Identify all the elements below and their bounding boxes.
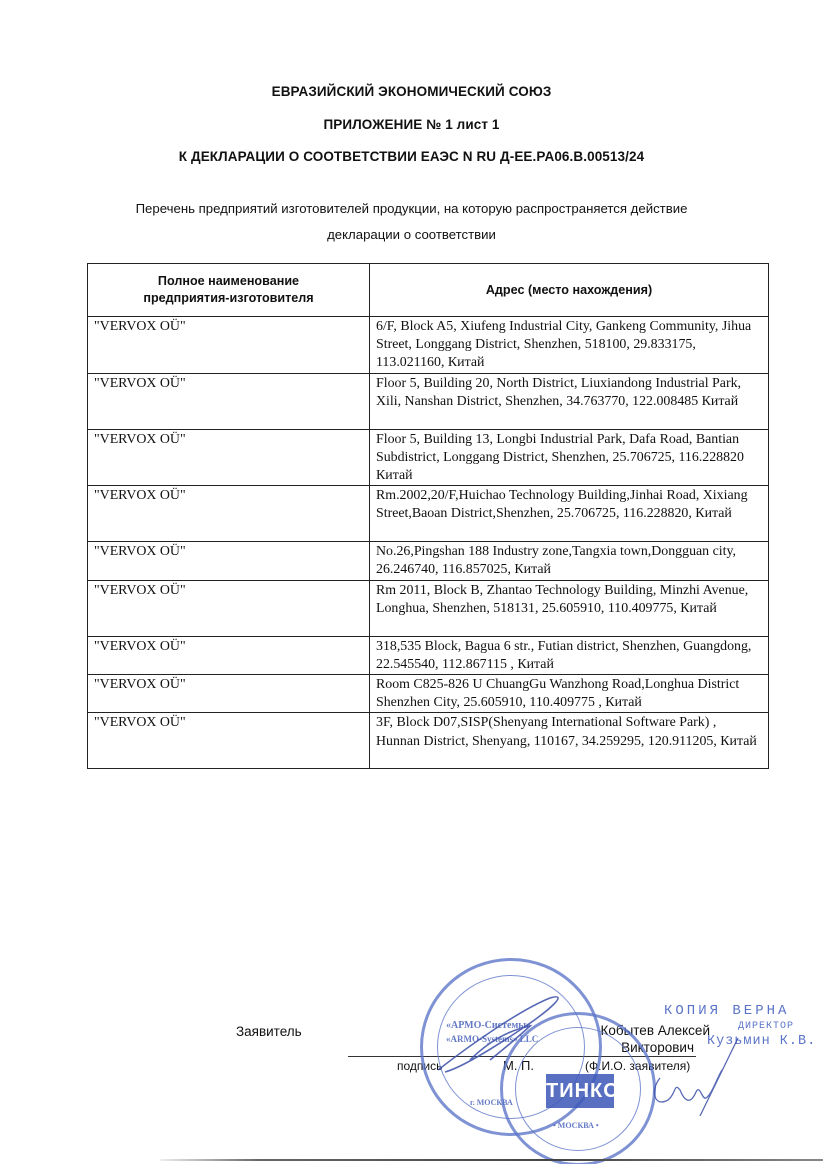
table-row: "VERVOX OÜ" 318,535 Block, Bagua 6 str.,… (88, 636, 769, 674)
table-header-row: Полное наименование предприятия-изготови… (88, 264, 769, 317)
manufacturer-address: Rm 2011, Block B, Zhantao Technology Bui… (370, 580, 769, 636)
manufacturer-name: "VERVOX OÜ" (88, 486, 370, 542)
manufacturer-address: Rm.2002,20/F,Huichao Technology Building… (370, 486, 769, 542)
applicant-name: Кобытев Алексей Викторович (560, 1022, 710, 1056)
manufacturer-name: "VERVOX OÜ" (88, 580, 370, 636)
manufacturer-address: No.26,Pingshan 188 Industry zone,Tangxia… (370, 542, 769, 580)
manufacturer-address: Floor 5, Building 13, Longbi Industrial … (370, 429, 769, 486)
manufacturer-name: "VERVOX OÜ" (88, 317, 370, 374)
column-header-name: Полное наименование предприятия-изготови… (88, 264, 370, 317)
intro-line-2: декларации о соответствии (0, 222, 823, 248)
manufacturer-name: "VERVOX OÜ" (88, 636, 370, 674)
manufacturer-name: "VERVOX OÜ" (88, 542, 370, 580)
certified-copy-role: ДИРЕКТОР (738, 1021, 794, 1032)
tinko-logo: ТИНКО (546, 1074, 614, 1108)
seal-city: • МОСКВА • (553, 1121, 599, 1130)
manufacturer-address: 3F, Block D07,SISP(Shenyang Internationa… (370, 713, 769, 769)
signature-line (348, 1056, 696, 1057)
applicant-label: Заявитель (236, 1024, 302, 1039)
manufacturer-address: Room C825-826 U ChuangGu Wanzhong Road,L… (370, 675, 769, 713)
manufacturer-address: Floor 5, Building 20, North District, Li… (370, 373, 769, 429)
table-row: "VERVOX OÜ" 3F, Block D07,SISP(Shenyang … (88, 713, 769, 769)
table-row: "VERVOX OÜ" Room C825-826 U ChuangGu Wan… (88, 675, 769, 713)
manufacturer-name: "VERVOX OÜ" (88, 675, 370, 713)
page-bottom-rule (160, 1159, 823, 1161)
certified-copy-name: Кузьмин К.В. (707, 1034, 816, 1049)
declaration-title: К ДЕКЛАРАЦИИ О СООТВЕТСТВИИ ЕАЭС N RU Д-… (0, 149, 823, 164)
table-row: "VERVOX OÜ" Floor 5, Building 20, North … (88, 373, 769, 429)
table-row: "VERVOX OÜ" 6/F, Block A5, Xiufeng Indus… (88, 317, 769, 374)
appendix-title: ПРИЛОЖЕНИЕ № 1 лист 1 (0, 117, 823, 132)
fio-caption: (Ф.И.О. заявителя) (585, 1059, 690, 1073)
manufacturer-address: 318,535 Block, Bagua 6 str., Futian dist… (370, 636, 769, 674)
signature-caption: подпись (397, 1059, 442, 1073)
manufacturer-name: "VERVOX OÜ" (88, 373, 370, 429)
union-title: ЕВРАЗИЙСКИЙ ЭКОНОМИЧЕСКИЙ СОЮЗ (0, 84, 823, 99)
seal-company-name-en: «ARMO-Systems» LLC (446, 1034, 538, 1044)
manufacturer-name: "VERVOX OÜ" (88, 713, 370, 769)
seal-caption: М. П. (503, 1058, 534, 1073)
manufacturers-table: Полное наименование предприятия-изготови… (87, 263, 769, 769)
manufacturer-name: "VERVOX OÜ" (88, 429, 370, 486)
table-row: "VERVOX OÜ" Rm 2011, Block B, Zhantao Te… (88, 580, 769, 636)
table-row: "VERVOX OÜ" Floor 5, Building 13, Longbi… (88, 429, 769, 486)
intro-text: Перечень предприятий изготовителей проду… (0, 196, 823, 248)
table-row: "VERVOX OÜ" No.26,Pingshan 188 Industry … (88, 542, 769, 580)
seal-city: г. МОСКВА (470, 1098, 513, 1107)
seal-company-name: «АРМО-Системы» (446, 1020, 531, 1031)
table-row: "VERVOX OÜ" Rm.2002,20/F,Huichao Technol… (88, 486, 769, 542)
intro-line-1: Перечень предприятий изготовителей проду… (0, 196, 823, 222)
manufacturer-address: 6/F, Block A5, Xiufeng Industrial City, … (370, 317, 769, 374)
column-header-address: Адрес (место нахождения) (370, 264, 769, 317)
certified-copy-title: КОПИЯ ВЕРНА (664, 1003, 789, 1019)
